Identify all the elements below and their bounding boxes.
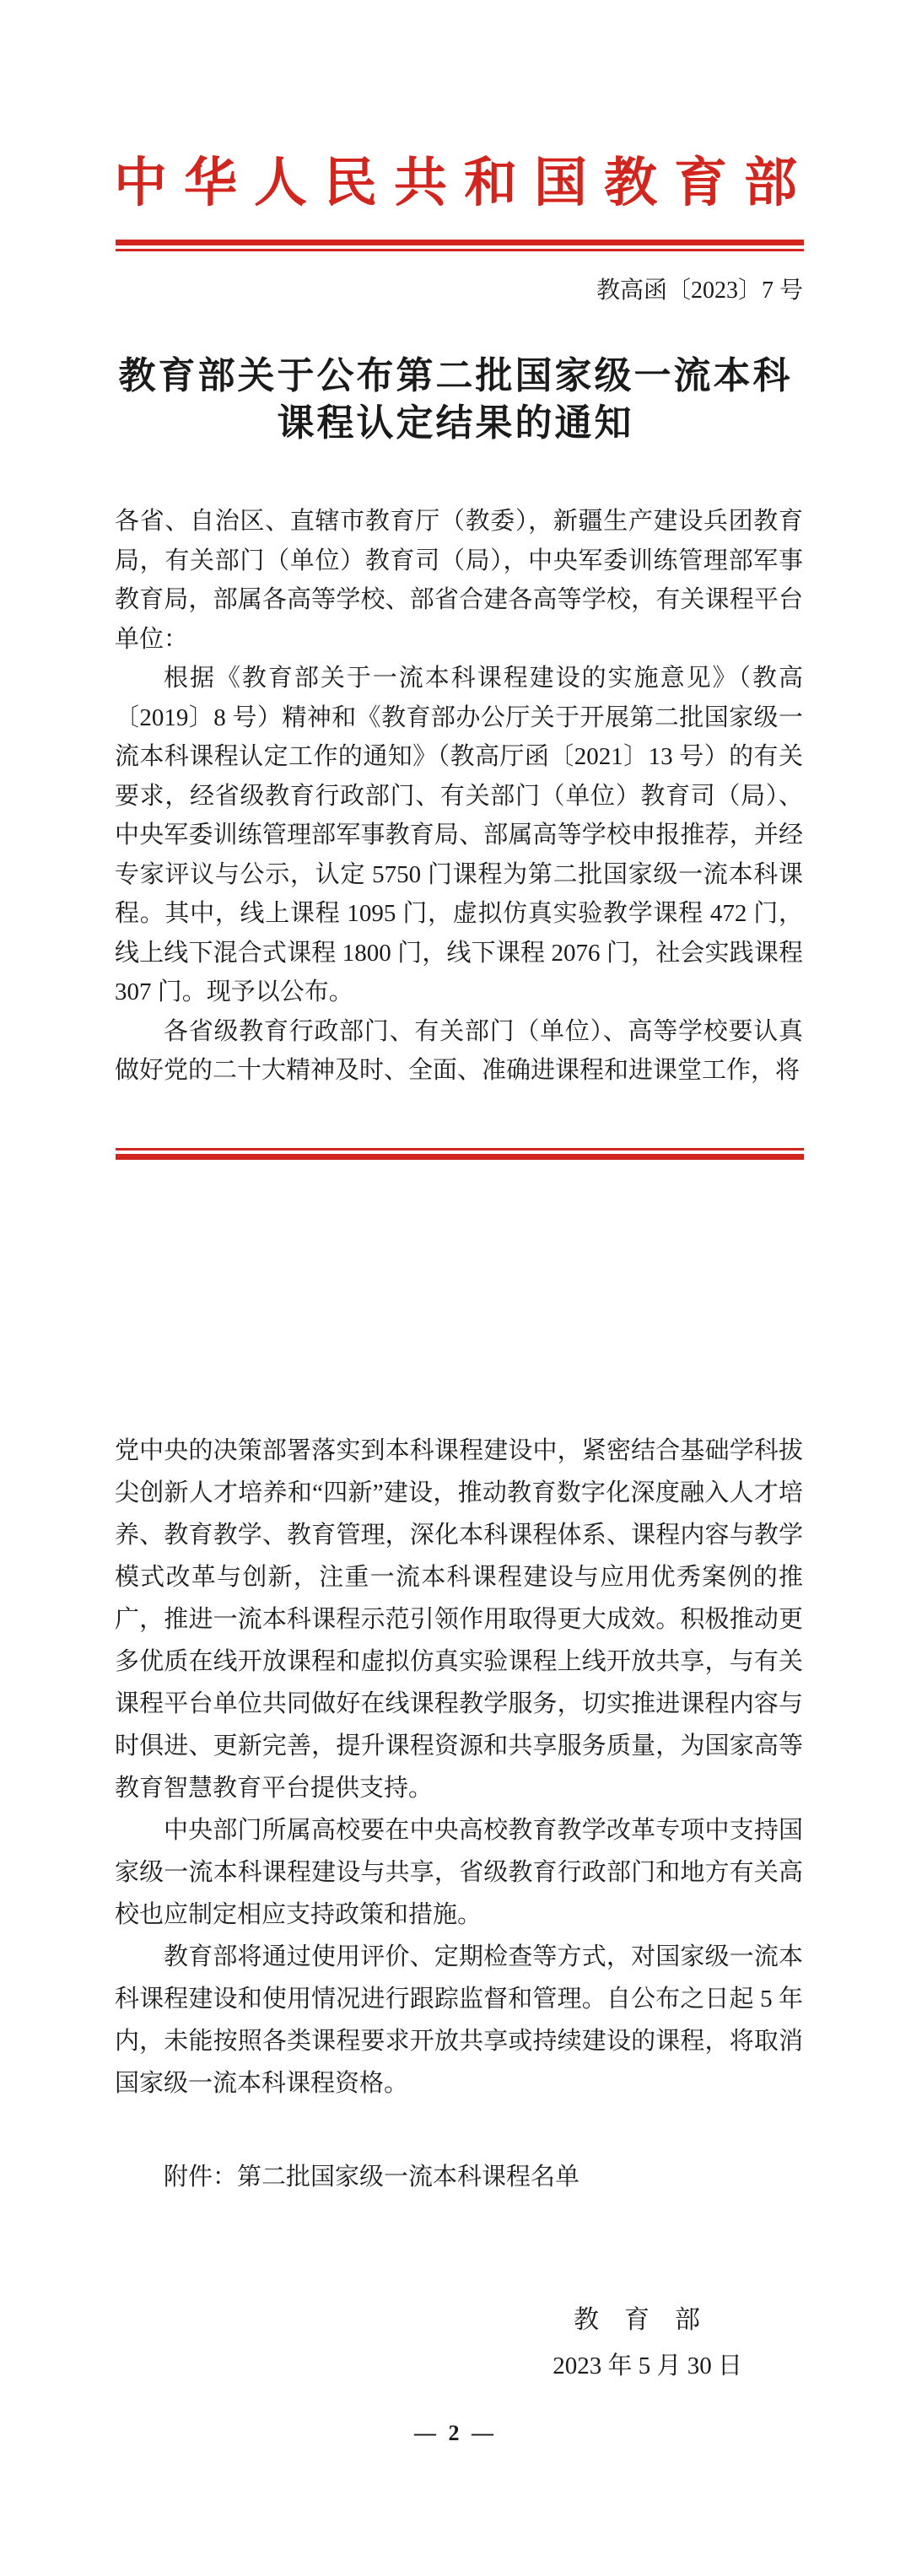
header-divider-thick-line bbox=[116, 240, 804, 245]
attachment-line: 附件：第二批国家级一流本科课程名单 bbox=[115, 2158, 803, 2192]
salutation-paragraph: 各省、自治区、直辖市教育厅（教委），新疆生产建设兵团教育局，有关部门（单位）教育… bbox=[115, 502, 803, 659]
notice-title-line1: 教育部关于公布第二批国家级一流本科 bbox=[119, 355, 793, 396]
page-number: — 2 — bbox=[0, 2421, 911, 2446]
notice-title: 教育部关于公布第二批国家级一流本科 课程认定结果的通知 bbox=[0, 353, 911, 447]
body-text-page2: 党中央的决策部署落实到本科课程建设中，紧密结合基础学科拔尖创新人才培养和“四新”… bbox=[115, 1430, 803, 2104]
letterhead-title: 中华人民共和国教育部 bbox=[0, 140, 911, 217]
paragraph-central-support: 中央部门所属高校要在中央高校教育教学改革专项中支持国家级一流本科课程建设与共享，… bbox=[115, 1809, 803, 1936]
page-break-divider-thin-line bbox=[116, 1148, 804, 1151]
paragraph-supervision: 教育部将通过使用评价、定期检查等方式，对国家级一流本科课程建设和使用情况进行跟踪… bbox=[115, 1936, 803, 2104]
issuer-signature: 教 育 部 bbox=[574, 2298, 700, 2336]
body-text-page1: 各省、自治区、直辖市教育厅（教委），新疆生产建设兵团教育局，有关部门（单位）教育… bbox=[115, 502, 803, 1091]
issue-date: 2023 年 5 月 30 日 bbox=[553, 2347, 742, 2381]
official-notice-document: 中华人民共和国教育部 教高函〔2023〕7 号 教育部关于公布第二批国家级一流本… bbox=[0, 0, 911, 2576]
paragraph-implementation-part2: 党中央的决策部署落实到本科课程建设中，紧密结合基础学科拔尖创新人才培养和“四新”… bbox=[115, 1430, 803, 1809]
document-number: 教高函〔2023〕7 号 bbox=[596, 272, 803, 305]
paragraph-implementation-part1: 各省级教育行政部门、有关部门（单位）、高等学校要认真做好党的二十大精神及时、全面… bbox=[115, 1012, 803, 1091]
page-break-divider bbox=[116, 1148, 804, 1160]
page-break-divider-thick-line bbox=[116, 1154, 804, 1160]
header-divider bbox=[116, 240, 804, 251]
notice-title-line2: 课程认定结果的通知 bbox=[278, 402, 634, 444]
header-divider-thin-line bbox=[116, 249, 804, 251]
paragraph-recognition-basis: 根据《教育部关于一流本科课程建设的实施意见》（教高〔2019〕8 号）精神和《教… bbox=[115, 659, 803, 1012]
